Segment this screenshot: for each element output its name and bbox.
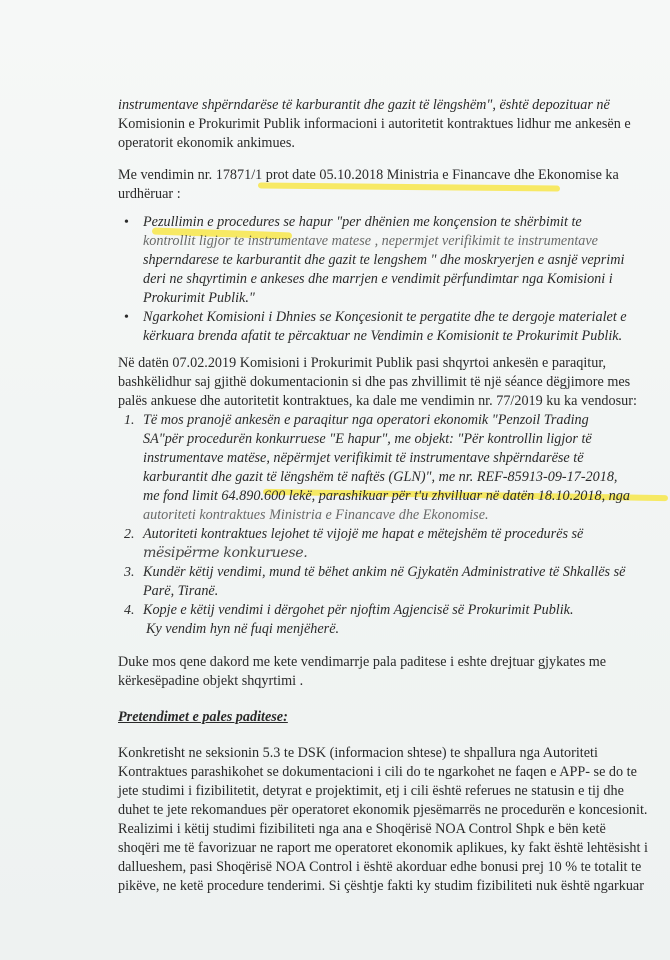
item-2-line-2: mësipërme konkuruese. (143, 544, 560, 563)
item-1-line-2: SA"për procedurën konkurruese "E hapur",… (143, 430, 560, 449)
item-1-line-1: Të mos pranojë ankesën e paraqitur nga o… (143, 411, 560, 430)
bullet-1-line-1: Pezullimin e procedures se hapur "per dh… (143, 213, 560, 232)
paragraph-4-line-2: kërkesëpadine objekt shqyrtimi . (118, 672, 560, 691)
bullet-1-line-4: deri ne shqyrtimin e ankeses dhe marrjen… (143, 270, 560, 289)
paragraph-3-line-2: bashkëlidhur saj gjithë dokumentacionin … (118, 373, 560, 392)
list-number: 1. (124, 411, 135, 430)
paragraph-5-line-6: shoqëri me të favorizuar ne raport me op… (118, 839, 560, 858)
paragraph-5-line-1: Konkretisht ne seksionin 5.3 te DSK (inf… (118, 744, 560, 763)
item-3-line-1: Kundër këtij vendimi, mund të bëhet anki… (143, 563, 560, 582)
paragraph-5-line-5: Realizimi i këtij studimi fizibiliteti n… (118, 820, 560, 839)
item-4-line-2: Ky vendim hyn në fuqi menjëherë. (146, 620, 563, 639)
text: instrumentave shpërndarëse të karburanti… (118, 97, 610, 113)
item-4-line-1: Kopje e këtij vendimi i dërgohet për njo… (143, 601, 560, 620)
paragraph-5-line-7: dallueshem, pasi Shoqërisë NOA Control i… (118, 858, 560, 877)
paragraph-3-line-3: palës ankuese dhe autoritetit kontraktue… (118, 392, 560, 411)
bullet-2-line-2: kërkuara brenda afatit te përcaktuar ne … (143, 327, 560, 346)
bullet-1-line-3: shperndarese te karburantit dhe gazit te… (143, 251, 560, 270)
list-number: 2. (124, 525, 135, 544)
paragraph-2-line-1: Me vendimin nr. 17871/1 prot date 05.10.… (118, 166, 560, 185)
item-1-line-5: me fond limit 64.890.600 lekë, parashiku… (143, 487, 560, 506)
section-heading: Pretendimet e pales paditese: (118, 708, 560, 727)
item-1-line-3: instrumentave matëse, nëpërmjet verifiki… (143, 449, 560, 468)
bullet-1-line-2: kontrollit ligjor te instrumentave mates… (143, 232, 560, 251)
bullet-dot-icon: • (124, 308, 129, 327)
list-number: 4. (124, 601, 135, 620)
paragraph-3-line-1: Në datën 07.02.2019 Komisioni i Prokurim… (118, 354, 560, 373)
bullet-1-line-5: Prokurimit Publik." (143, 289, 560, 308)
item-1-line-4: karburantit dhe gazit të lëngshëm të naf… (143, 468, 560, 487)
paragraph-4-line-1: Duke mos qene dakord me kete vendimarrje… (118, 653, 560, 672)
bullet-dot-icon: • (124, 213, 129, 232)
list-number: 3. (124, 563, 135, 582)
paragraph-1-line-2: Komisionin e Prokurimit Publik informaci… (118, 115, 560, 134)
paragraph-5-line-8: pikëve, ne ketë procedure tenderimi. Si … (118, 877, 560, 896)
paragraph-1-line-3: operatorit ekonomik ankimues. (118, 134, 560, 153)
paragraph-1-line-1: instrumentave shpërndarëse të karburanti… (118, 96, 560, 115)
bullet-2-line-1: Ngarkohet Komisioni i Dhnies se Konçesio… (143, 308, 560, 327)
paragraph-2-line-2: urdhëruar : (118, 185, 560, 204)
paragraph-5-line-4: duhet te jete rekomandues për operatoret… (118, 801, 560, 820)
item-3-line-2: Parë, Tiranë. (143, 582, 560, 601)
item-2-line-1: Autoriteti kontraktues lejohet të vijojë… (143, 525, 560, 544)
paragraph-5-line-3: jete studimi i fizibilitetit, detyrat e … (118, 782, 560, 801)
paragraph-5-line-2: Kontraktues parashikohet se dokumentacio… (118, 763, 560, 782)
scanned-document-page: instrumentave shpërndarëse të karburanti… (0, 0, 670, 960)
item-1-line-6: autoriteti kontraktues Ministria e Finan… (143, 506, 560, 525)
